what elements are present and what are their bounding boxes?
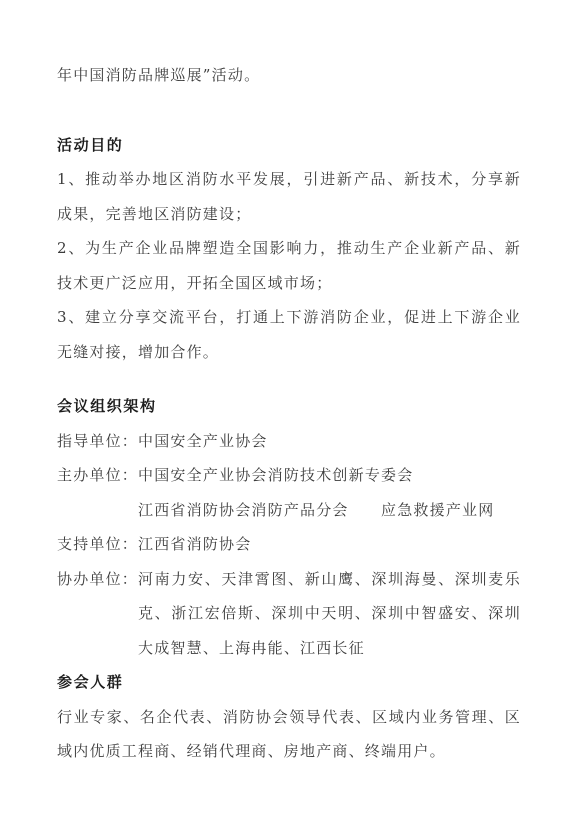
section-heading-organization: 会议组织架构 — [57, 389, 521, 424]
section-heading-purpose: 活动目的 — [57, 128, 521, 163]
section-heading-participants: 参会人群 — [57, 665, 521, 700]
org-row-guidance-unit: 指导单位： 中国安全产业协会 — [57, 424, 521, 459]
purpose-item-1: 1、推动举办地区消防水平发展，引进新产品、新技术，分享新成果，完善地区消防建设； — [57, 162, 521, 231]
org-row-co-organizer-unit: 协办单位： 河南力安、天津霄图、新山鹰、深圳海曼、深圳麦乐克、浙江宏倍斯、深圳中… — [57, 562, 521, 666]
org-value: 中国安全产业协会 — [138, 424, 521, 459]
org-value: 江西省消防协会 — [138, 527, 521, 562]
org-value: 中国安全产业协会消防技术创新专委会 江西省消防协会消防产品分会 应急救援产业网 — [138, 458, 521, 527]
org-label: 支持单位： — [57, 527, 138, 562]
org-value-line-2: 江西省消防协会消防产品分会 应急救援产业网 — [138, 493, 521, 528]
purpose-item-3: 3、建立分享交流平台，打通上下游消防企业，促进上下游企业无缝对接，增加合作。 — [57, 300, 521, 369]
org-row-host-unit: 主办单位： 中国安全产业协会消防技术创新专委会 江西省消防协会消防产品分会 应急… — [57, 458, 521, 527]
document-page: 年中国消防品牌巡展”活动。 活动目的 1、推动举办地区消防水平发展，引进新产品、… — [0, 0, 578, 816]
purpose-item-2: 2、为生产企业品牌塑造全国影响力，推动生产企业新产品、新技术更广泛应用，开拓全国… — [57, 231, 521, 300]
org-label: 协办单位： — [57, 562, 138, 597]
intro-paragraph: 年中国消防品牌巡展”活动。 — [57, 58, 521, 93]
org-label: 指导单位： — [57, 424, 138, 459]
participants-paragraph: 行业专家、名企代表、消防协会领导代表、区域内业务管理、区域内优质工程商、经销代理… — [57, 700, 521, 769]
org-row-support-unit: 支持单位： 江西省消防协会 — [57, 527, 521, 562]
org-value-line-1: 中国安全产业协会消防技术创新专委会 — [138, 458, 521, 493]
org-label: 主办单位： — [57, 458, 138, 493]
org-value: 河南力安、天津霄图、新山鹰、深圳海曼、深圳麦乐克、浙江宏倍斯、深圳中天明、深圳中… — [138, 562, 521, 666]
